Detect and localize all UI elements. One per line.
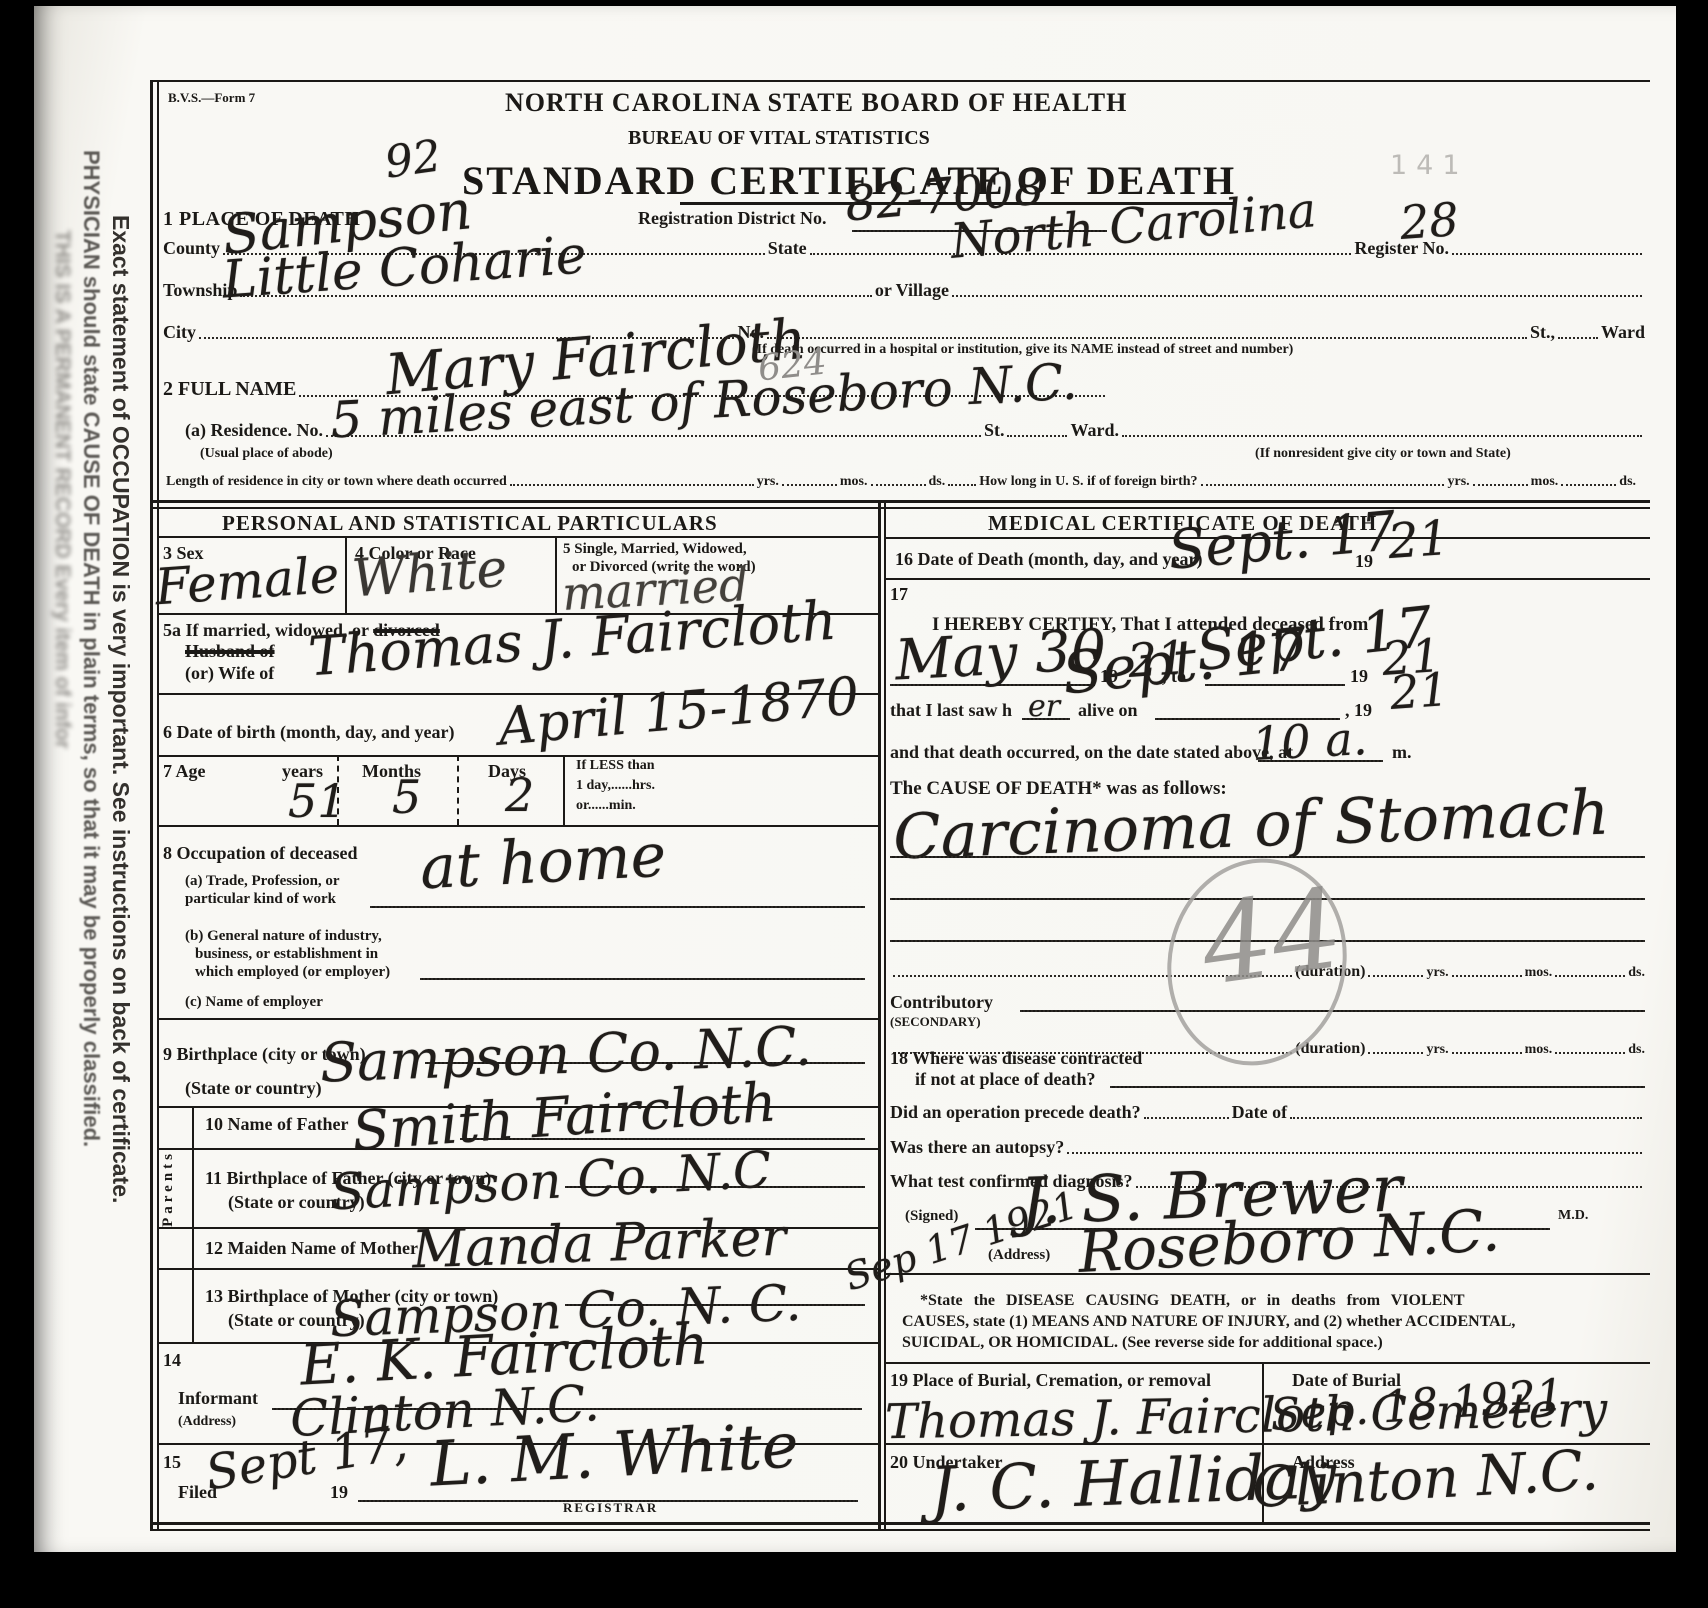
- scan-edge-left: [0, 0, 34, 1608]
- dotted-leader: [1368, 972, 1423, 977]
- filed-19-label: 19: [330, 1482, 348, 1503]
- dotted-leader: [782, 481, 837, 486]
- printed-19: 19: [1350, 666, 1368, 687]
- md-label: M.D.: [1558, 1208, 1588, 1224]
- mos-label: mos.: [840, 474, 868, 490]
- less-than-label-1: If LESS than: [576, 758, 655, 774]
- occupation-b-label-1: (b) General nature of industry,: [185, 928, 382, 945]
- last-saw-label: that I last saw h: [890, 700, 1012, 721]
- dotted-leader: [1561, 481, 1616, 486]
- dotted-leader: [952, 292, 1642, 297]
- footnote-line-2: CAUSES, state (1) MEANS AND NATURE OF IN…: [902, 1313, 1515, 1331]
- mother-name-value: Manda Parker: [411, 1211, 787, 1276]
- occupation-a-label-1: (a) Trade, Profession, or: [185, 873, 340, 890]
- full-name-label: 2 FULL NAME: [163, 378, 296, 401]
- form-number: B.V.S.—Form 7: [168, 90, 255, 106]
- race-value: White: [350, 543, 508, 606]
- printed-19: 19: [1355, 551, 1373, 572]
- less-than-label-3: or......min.: [576, 798, 636, 814]
- registrar-signature: L. M. White: [429, 1414, 800, 1495]
- informant-address-label: (Address): [178, 1414, 236, 1430]
- registrar-label: REGISTRAR: [563, 1500, 658, 1516]
- abode-note: (Usual place of abode): [200, 446, 333, 462]
- dotted-leader: [1144, 1114, 1229, 1119]
- ds-label: ds.: [1628, 965, 1645, 981]
- mos-label: mos.: [1525, 1042, 1553, 1058]
- less-than-label-2: 1 day,......hrs.: [576, 778, 655, 794]
- residence-label: (a) Residence. No.: [185, 420, 323, 441]
- ds-label: ds.: [1619, 474, 1636, 490]
- state-label: State: [768, 238, 807, 259]
- ds-label: ds.: [929, 474, 946, 490]
- dotted-leader: [1007, 432, 1067, 437]
- register-no-value: 28: [1398, 196, 1460, 246]
- scan-torn-bottom-edge: [0, 1552, 1708, 1608]
- dotted-leader: [1555, 972, 1625, 977]
- time-of-death-value: 10 a.: [1251, 715, 1368, 767]
- footnote-line-1: *State the DISEASE CAUSING DEATH, or in …: [920, 1292, 1465, 1310]
- m-label: m.: [1392, 742, 1412, 763]
- dotted-leader: [1368, 1049, 1423, 1054]
- dotted-leader: [767, 334, 1527, 339]
- birthplace-sub-label: (State or country): [185, 1078, 322, 1099]
- scanned-death-certificate: THIS IS A PERMANENT RECORD Every item of…: [0, 0, 1708, 1608]
- occupation-label: 8 Occupation of deceased: [163, 843, 357, 864]
- pencil-circle-number: 44: [1195, 873, 1349, 1001]
- informant-label: Informant: [178, 1388, 258, 1409]
- occupation-b-label-3: which employed (or employer): [195, 964, 390, 981]
- disease-contracted-label-2: if not at place of death?: [915, 1069, 1095, 1090]
- occupation-a-label-2: particular kind of work: [185, 891, 336, 908]
- date-of-death-label: 16 Date of Death (month, day, and year): [895, 549, 1203, 570]
- date-of-label: Date of: [1232, 1102, 1287, 1123]
- handwritten-page-number: 92: [382, 134, 444, 185]
- disease-contracted-label-1: 18 Where was disease contracted: [890, 1048, 1142, 1069]
- yrs-label: yrs.: [1447, 474, 1469, 490]
- ds-label: ds.: [1628, 1042, 1645, 1058]
- yrs-label: yrs.: [1426, 1042, 1448, 1058]
- yrs-label: yrs.: [1426, 965, 1448, 981]
- length-residence-label: Length of residence in city or town wher…: [166, 474, 507, 490]
- item-17-number: 17: [890, 584, 908, 605]
- age-days-value: 2: [505, 772, 534, 818]
- burial-label: 19 Place of Burial, Cremation, or remova…: [890, 1370, 1211, 1391]
- city-label: City: [163, 322, 196, 343]
- secondary-label: (SECONDARY): [890, 1014, 981, 1030]
- dotted-leader: [1473, 481, 1528, 486]
- age-label: 7 Age: [163, 761, 206, 782]
- dotted-leader: [1452, 1049, 1522, 1054]
- filed-number: 15: [163, 1452, 181, 1473]
- operation-label: Did an operation precede death?: [890, 1102, 1141, 1123]
- dotted-leader: [1555, 1049, 1625, 1054]
- dotted-leader: [1290, 1114, 1642, 1119]
- age-years-value: 51: [288, 778, 347, 824]
- margin-note-middle: PHYSICIAN should state CAUSE OF DEATH in…: [78, 150, 104, 1147]
- occupation-a-value: at home: [419, 826, 668, 899]
- dob-label: 6 Date of birth (month, day, and year): [163, 722, 455, 743]
- physician-address-label: (Address): [988, 1247, 1050, 1264]
- scan-edge-top: [0, 0, 1708, 6]
- dotted-leader: [871, 481, 926, 486]
- margin-note-inner: Exact statement of OCCUPATION is very im…: [107, 215, 134, 1203]
- county-label: County: [163, 238, 220, 259]
- bureau-title: BUREAU OF VITAL STATISTICS: [628, 127, 930, 150]
- margin-note-outer: THIS IS A PERMANENT RECORD Every item of…: [50, 230, 74, 749]
- nonresident-note: (If nonresident give city or town and St…: [1255, 446, 1511, 462]
- sex-value: Female: [153, 550, 340, 613]
- mother-name-label: 12 Maiden Name of Mother: [205, 1238, 418, 1259]
- dotted-leader: [1452, 250, 1642, 255]
- last-saw-er: er: [1028, 692, 1060, 722]
- registration-district-label: Registration District No.: [638, 208, 826, 229]
- occupation-b-label-2: business, or establishment in: [195, 946, 378, 963]
- residence-st-label: St.: [984, 420, 1005, 441]
- wife-of-label: (or) Wife of: [185, 663, 274, 684]
- dotted-leader: [1558, 334, 1598, 339]
- mos-label: mos.: [1531, 474, 1559, 490]
- dotted-leader: [510, 481, 754, 486]
- marital-label-1: 5 Single, Married, Widowed,: [563, 541, 747, 558]
- personal-section-header: PERSONAL AND STATISTICAL PARTICULARS: [222, 511, 718, 536]
- dotted-leader: [948, 481, 976, 486]
- dotted-leader: [1122, 432, 1642, 437]
- residence-ward-label: Ward.: [1070, 420, 1119, 441]
- footnote-line-3: SUICIDAL, OR HOMICIDAL. (See reverse sid…: [902, 1334, 1383, 1352]
- how-long-label: How long in U. S. if of foreign birth?: [979, 474, 1197, 490]
- autopsy-label: Was there an autopsy?: [890, 1137, 1064, 1158]
- yrs-label: yrs.: [757, 474, 779, 490]
- village-label: or Village: [875, 280, 949, 301]
- age-months-value: 5: [392, 774, 421, 820]
- board-title: NORTH CAROLINA STATE BOARD OF HEALTH: [505, 88, 1127, 118]
- date-of-death-year: 21: [1386, 514, 1450, 566]
- last-saw-year: 21: [1388, 666, 1450, 716]
- death-occurred-label: and that death occurred, on the date sta…: [890, 742, 1293, 763]
- ward-label: Ward: [1601, 322, 1645, 343]
- husband-of-label: Husband of: [185, 641, 275, 662]
- occupation-c-label: (c) Name of employer: [185, 994, 323, 1011]
- stamped-number: 141: [1390, 152, 1469, 179]
- father-name-label: 10 Name of Father: [205, 1114, 348, 1135]
- contributory-label: Contributory: [890, 992, 993, 1013]
- scan-edge-right: [1676, 0, 1708, 1608]
- dotted-leader: [1201, 481, 1445, 486]
- parents-side-label: Parents: [160, 1150, 177, 1227]
- street-label: St.,: [1530, 322, 1555, 343]
- mos-label: mos.: [1525, 965, 1553, 981]
- dotted-leader: [1452, 972, 1522, 977]
- informant-number: 14: [163, 1350, 181, 1371]
